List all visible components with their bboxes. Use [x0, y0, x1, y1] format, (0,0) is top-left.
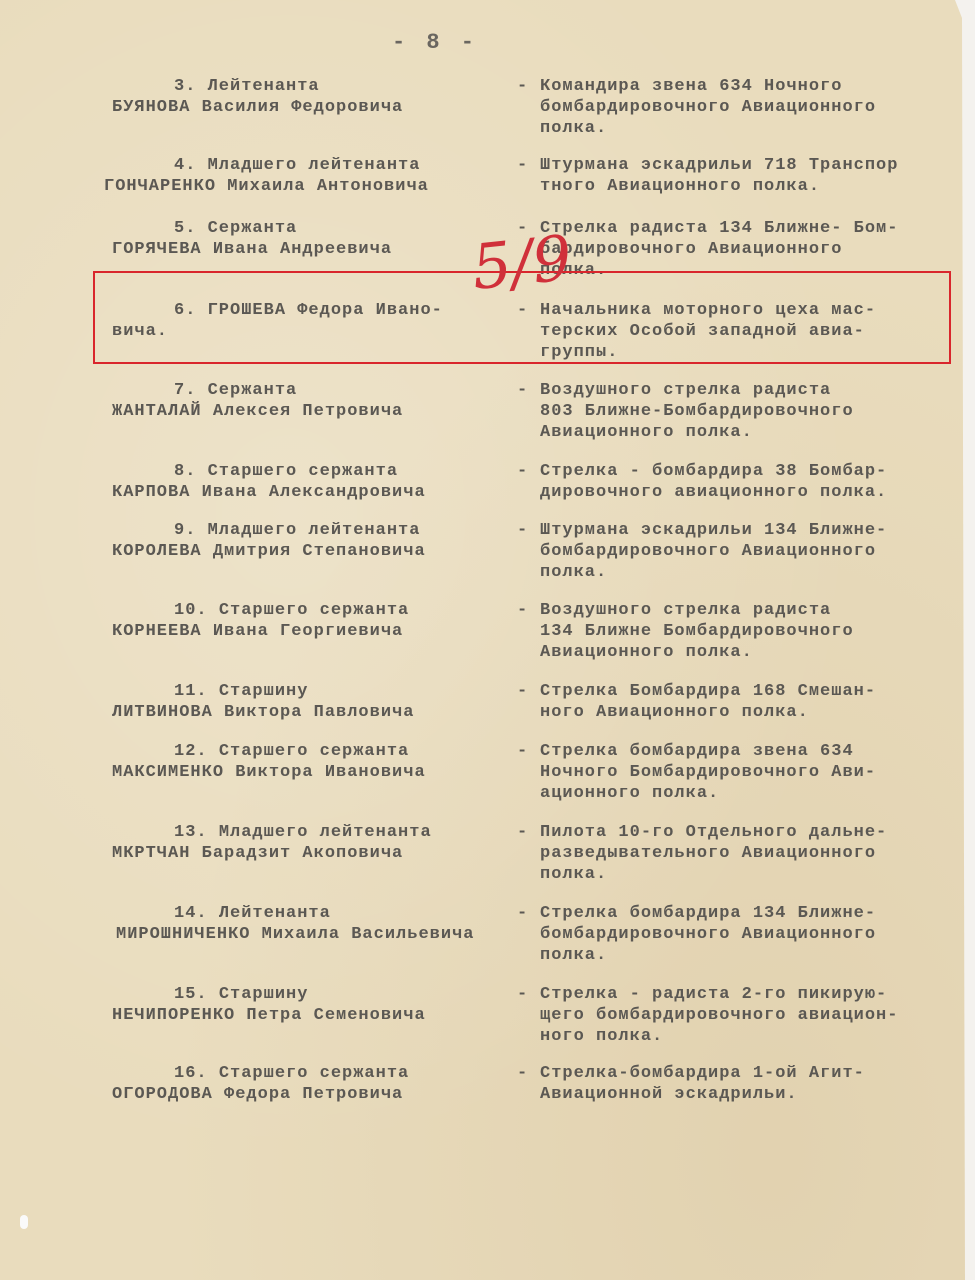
handwritten-annotation: 5/9: [469, 227, 575, 299]
page-number: - 8 -: [0, 30, 870, 55]
document-page: - 8 - 3. ЛейтенантаБУЯНОВА Василия Федор…: [0, 0, 965, 1280]
paper-tear: [20, 1215, 28, 1229]
